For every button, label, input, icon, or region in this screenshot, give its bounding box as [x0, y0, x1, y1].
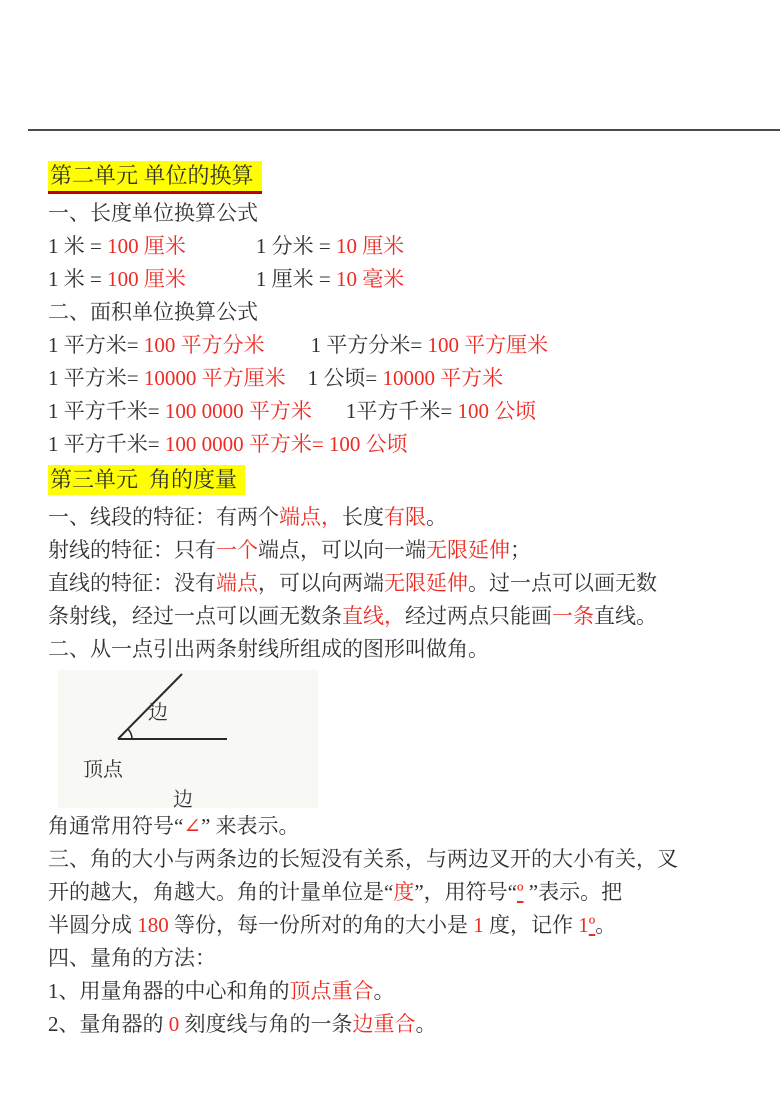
line-length-1: 1 米 = 100 厘米1 分米 = 10 厘米 — [48, 230, 748, 263]
text-segment: 10000 平方厘米 — [144, 366, 286, 390]
line-segment-feature: 一、线段的特征：有两个端点，长度有限。 — [48, 501, 748, 534]
column-gap — [312, 417, 346, 418]
text-segment: 100 0000 平方米 — [165, 399, 312, 423]
text-segment: 二、面积单位换算公式 — [48, 300, 258, 324]
text-segment: 1 米 = — [48, 267, 107, 291]
column-gap — [265, 351, 311, 352]
line-angle-size-3: 半圆分成 180 等份，每一份所对的角的大小是 1 度，记作 1º。 — [48, 909, 748, 942]
text-segment: 1 厘米 = — [256, 267, 336, 291]
line-area-3: 1 平方千米= 100 0000 平方米1平方千米= 100 公顷 — [48, 395, 748, 428]
text-segment: 端点， — [279, 505, 342, 529]
text-segment: 刻度线与角的一条 — [179, 1012, 352, 1036]
text-segment: 边重合 — [353, 1012, 416, 1036]
text-segment: 一个 — [216, 538, 258, 562]
text-segment: 10 毫米 — [336, 267, 404, 291]
line-measure-step-1: 1、用量角器的中心和角的顶点重合。 — [48, 975, 748, 1008]
line-measure-step-2: 2、量角器的 0 刻度线与角的一条边重合。 — [48, 1008, 748, 1041]
text-segment: ” 来表示。 — [201, 814, 300, 838]
text-segment: 有限 — [384, 505, 426, 529]
text-segment: 度 — [393, 880, 414, 904]
text-segment: 。 — [426, 505, 447, 529]
text-segment: 度，记作 — [484, 913, 579, 937]
text-segment: 1 — [578, 913, 589, 937]
text-segment: 1 平方分米= — [311, 333, 428, 357]
text-segment: 无限延伸 — [426, 538, 510, 562]
vertex-label: 顶点 — [83, 758, 124, 781]
lower-side-label: 边 — [173, 788, 193, 808]
line-straightline-feature-2: 条射线，经过一点可以画无数条直线，经过两点只能画一条直线。 — [48, 600, 748, 633]
text-segment: 100 平方分米 — [144, 333, 265, 357]
text-segment: 无限延伸 — [384, 571, 468, 595]
text-segment: ，可以向两端 — [258, 571, 384, 595]
text-segment: 。过一点可以画无数 — [468, 571, 657, 595]
line-ray-feature: 射线的特征：只有一个端点，可以向一端无限延伸； — [48, 534, 748, 567]
highlighted-title: 第三单元 角的度量 — [48, 465, 245, 495]
text-segment: 1 平方千米= — [48, 432, 165, 456]
text-segment: 1、用量角器的中心和角的 — [48, 979, 290, 1003]
text-segment: 100 厘米 — [107, 267, 186, 291]
column-gap — [186, 285, 256, 286]
text-segment: 180 — [137, 913, 169, 937]
text-segment: 10 厘米 — [336, 234, 404, 258]
text-segment: 。 — [595, 913, 616, 937]
text-segment: 100 厘米 — [107, 234, 186, 258]
text-segment: 1 平方千米= — [48, 399, 165, 423]
column-gap — [286, 384, 308, 385]
text-segment: 一条 — [552, 604, 594, 628]
highlighted-title: 第二单元 单位的换算 — [48, 161, 262, 194]
text-segment: ”，用符号“ — [414, 880, 517, 904]
text-segment: 直线， — [342, 604, 405, 628]
text-segment: 直线的特征：没有 — [48, 571, 216, 595]
text-segment: 端点，可以向一端 — [258, 538, 426, 562]
line-area-4: 1 平方千米= 100 0000 平方米= 100 公顷 — [48, 428, 748, 461]
text-segment: 100 公顷 — [457, 399, 536, 423]
text-segment: 一、长度单位换算公式 — [48, 201, 258, 225]
text-segment: 1 平方米= — [48, 366, 144, 390]
text-segment: 1 公顷= — [308, 366, 383, 390]
text-segment: 射线的特征：只有 — [48, 538, 216, 562]
angle-diagram: 边 顶点 边 — [58, 670, 318, 808]
text-segment: 0 — [169, 1012, 180, 1036]
text-segment: 100 平方厘米 — [427, 333, 548, 357]
text-segment: 长度 — [342, 505, 384, 529]
text-segment: 端点 — [216, 571, 258, 595]
line-area-1: 1 平方米= 100 平方分米1 平方分米= 100 平方厘米 — [48, 329, 748, 362]
text-segment: 条射线，经过一点可以画无数条 — [48, 604, 342, 628]
line-length-2: 1 米 = 100 厘米1 厘米 = 10 毫米 — [48, 263, 748, 296]
text-segment: 等份，每一份所对的角的大小是 — [169, 913, 474, 937]
text-segment: 1 米 = — [48, 234, 107, 258]
text-segment: 。 — [374, 979, 395, 1003]
text-segment: 100 0000 平方米= 100 公顷 — [165, 432, 408, 456]
text-segment: 1 分米 = — [256, 234, 336, 258]
text-segment: 1 平方米= — [48, 333, 144, 357]
text-segment: 经过两点只能画 — [405, 604, 552, 628]
line-area-2: 1 平方米= 10000 平方厘米1 公顷= 10000 平方米 — [48, 362, 748, 395]
content-bottom: 角通常用符号“∠” 来表示。三、角的大小与两条边的长短没有关系，与两边叉开的大小… — [48, 810, 748, 1041]
angle-diagram-svg: 边 顶点 边 — [58, 670, 318, 808]
text-segment: 顶点重合 — [290, 979, 374, 1003]
line-angle-symbol: 角通常用符号“∠” 来表示。 — [48, 810, 748, 843]
line-angle-size-1: 三、角的大小与两条边的长短没有关系，与两边叉开的大小有关，叉 — [48, 843, 748, 876]
text-segment: 三、角的大小与两条边的长短没有关系，与两边叉开的大小有关，叉 — [48, 847, 678, 871]
heading-unit3: 第三单元 角的度量 — [48, 461, 748, 499]
line-measure-title: 四、量角的方法： — [48, 942, 748, 975]
text-segment: ”表示。把 — [524, 880, 623, 904]
text-segment: 1 — [473, 913, 484, 937]
text-segment: 一、线段的特征：有两个 — [48, 505, 279, 529]
content-top: 第二单元 单位的换算一、长度单位换算公式1 米 = 100 厘米1 分米 = 1… — [48, 157, 748, 666]
document-content: 第二单元 单位的换算一、长度单位换算公式1 米 = 100 厘米1 分米 = 1… — [48, 157, 748, 1041]
line-angle-size-2: 开的越大，角越大。角的计量单位是“度”，用符号“º ”表示。把 — [48, 876, 748, 909]
text-segment: 二、从一点引出两条射线所组成的图形叫做角。 — [48, 637, 489, 661]
text-segment: 四、量角的方法： — [48, 946, 216, 970]
text-segment: ； — [510, 538, 531, 562]
text-segment: 。 — [416, 1012, 437, 1036]
column-gap — [186, 252, 256, 253]
angle-arc — [128, 729, 132, 739]
notes-page: 第二单元 单位的换算一、长度单位换算公式1 米 = 100 厘米1 分米 = 1… — [0, 0, 780, 1102]
line-length-title: 一、长度单位换算公式 — [48, 197, 748, 230]
upper-side-label: 边 — [148, 701, 168, 724]
text-segment: 角通常用符号“ — [48, 814, 183, 838]
text-segment: 半圆分成 — [48, 913, 137, 937]
text-segment: 10000 平方米 — [382, 366, 503, 390]
text-segment: 开的越大，角越大。角的计量单位是“ — [48, 880, 393, 904]
text-segment: 1平方千米= — [346, 399, 458, 423]
text-segment: ∠ — [183, 814, 201, 838]
text-segment: 直线。 — [594, 604, 657, 628]
header-divider-rule — [28, 129, 780, 131]
heading-unit2: 第二单元 单位的换算 — [48, 157, 748, 195]
text-segment: 2、量角器的 — [48, 1012, 169, 1036]
line-angle-definition: 二、从一点引出两条射线所组成的图形叫做角。 — [48, 633, 748, 666]
line-area-title: 二、面积单位换算公式 — [48, 296, 748, 329]
line-straightline-feature-1: 直线的特征：没有端点，可以向两端无限延伸。过一点可以画无数 — [48, 567, 748, 600]
